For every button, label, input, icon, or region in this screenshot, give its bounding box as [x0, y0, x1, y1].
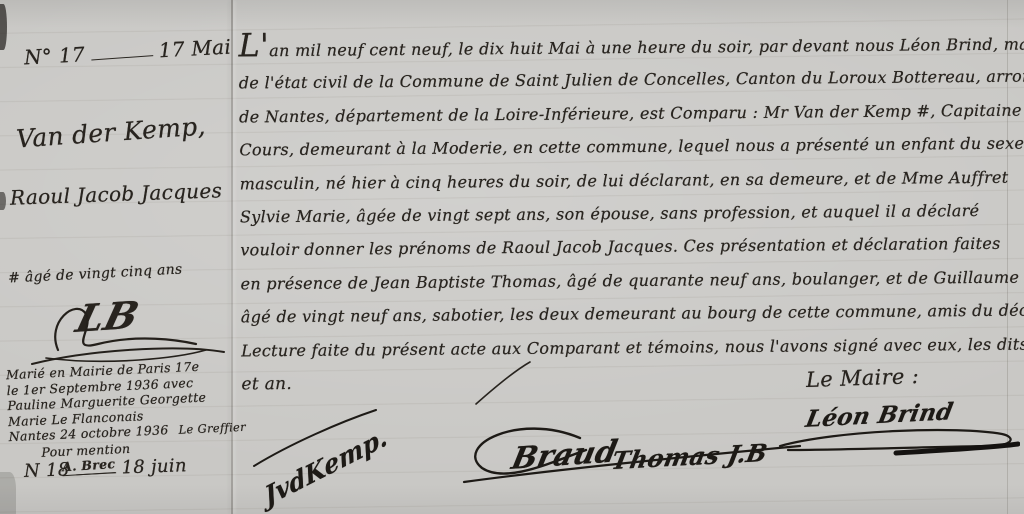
act-number-row: N° 17 17 Mai	[24, 35, 232, 70]
scan-artifact	[0, 192, 6, 210]
next-act-number-row: N 18 18 juin	[24, 455, 187, 482]
declarant-signature: JvdKemp.	[262, 421, 390, 512]
act-body-text: L'an mil neuf cent neuf, le dix huit Mai…	[238, 29, 1023, 403]
scan-artifact	[0, 4, 7, 50]
margin-child-given-names: Raoul Jacob Jacques	[10, 178, 223, 209]
next-act-date: 18 juin	[121, 455, 187, 478]
ink-dash-stroke	[91, 55, 153, 60]
scanned-register-page: N° 17 17 Mai Van der Kemp, Raoul Jacob J…	[0, 0, 1024, 514]
margin-child-surname: Van der Kemp,	[15, 111, 206, 153]
mayor-signature: Léon Brind	[803, 398, 955, 433]
witness-braud-signature: Braud	[508, 434, 620, 477]
margin-renvoi-note: # âgé de vingt cinq ans	[8, 261, 183, 286]
scan-artifact	[0, 472, 16, 514]
clerk-title-label: Le Greffier	[178, 420, 246, 438]
ink-dash-stroke	[76, 472, 116, 475]
act-number: N° 17	[24, 42, 86, 69]
mayor-title-label: Le Maire :	[806, 364, 920, 392]
next-act-number: N 18	[24, 459, 70, 482]
act-date: 17 Mai	[158, 35, 232, 63]
witness-thomas-signature: Thomas J.B	[609, 438, 770, 475]
